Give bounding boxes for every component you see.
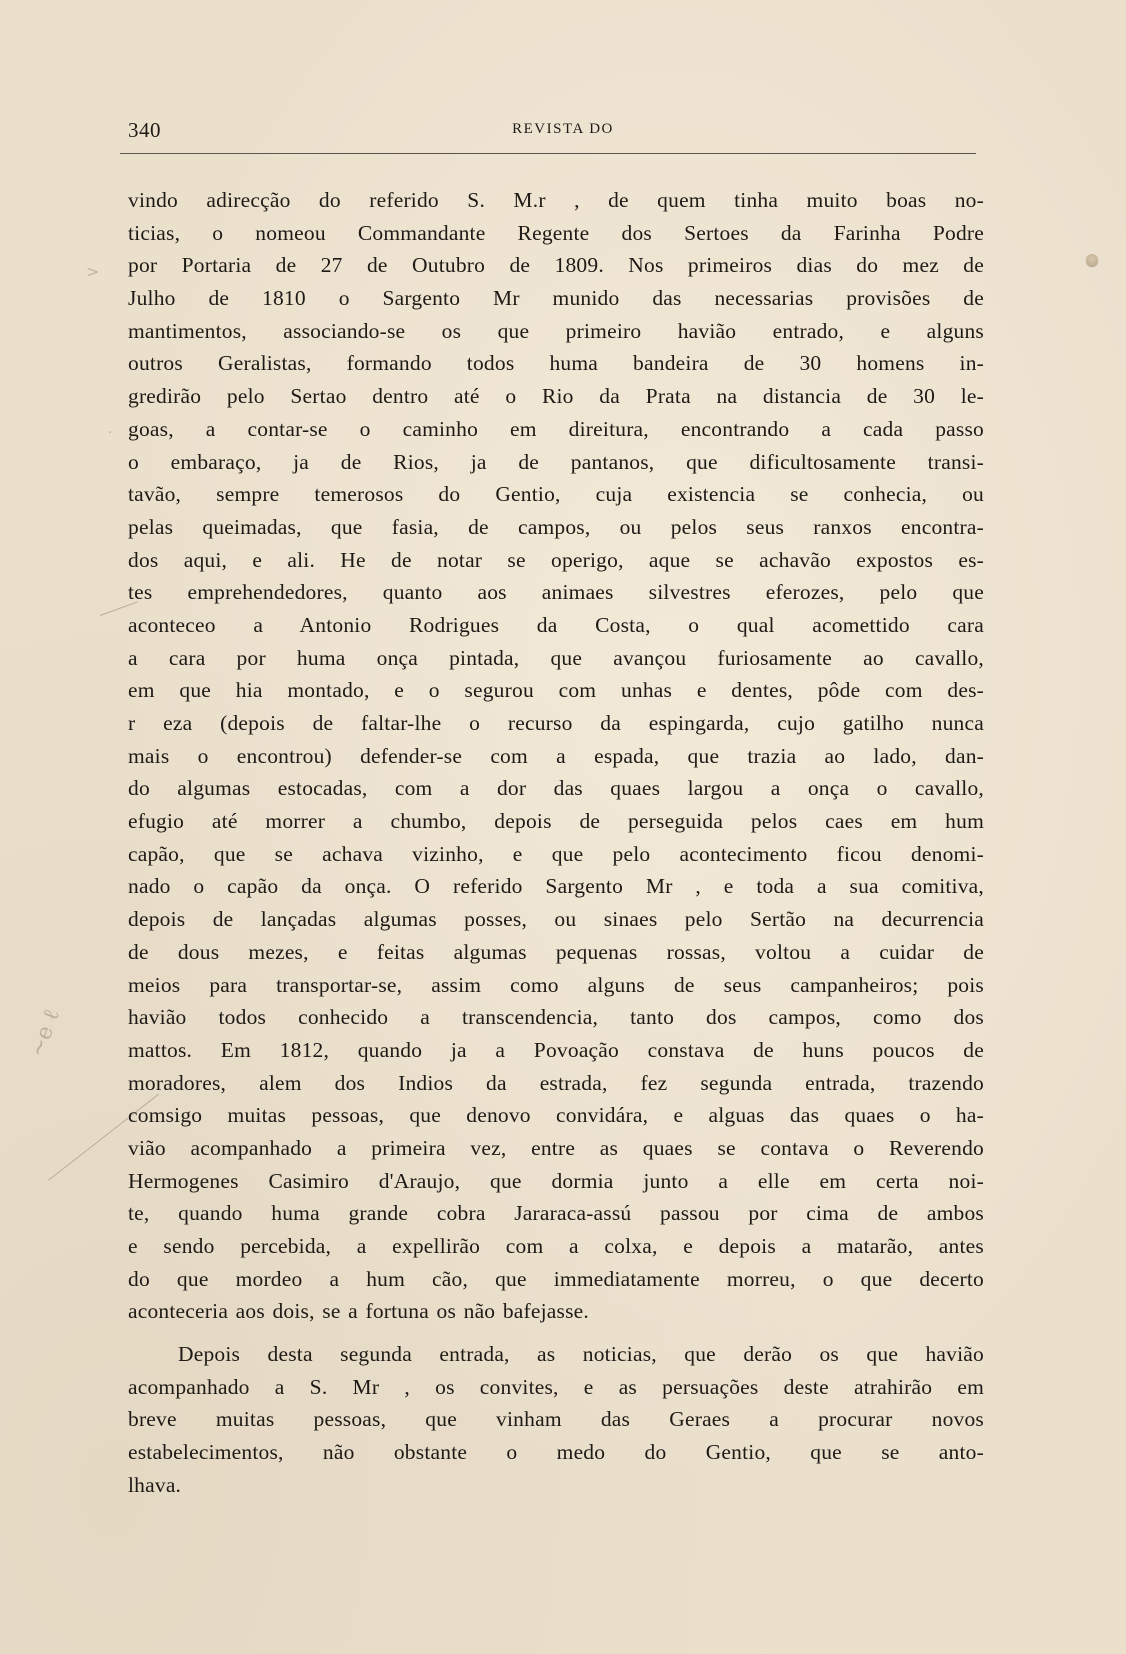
scanned-page: ~e ℓ > · 340 REVISTA DO vindo adirecção … bbox=[0, 0, 1126, 1654]
text-line: estabelecimentos, não obstante o medo do… bbox=[128, 1436, 984, 1469]
text-line: de dous mezes, e feitas algumas pequenas… bbox=[128, 936, 984, 969]
text-line: gredirão pelo Sertao dentro até o Rio da… bbox=[128, 380, 984, 413]
text-line: te, quando huma grande cobra Jararaca-as… bbox=[128, 1197, 984, 1230]
paragraph-gap bbox=[128, 1328, 984, 1338]
text-line: aconteceria aos dois, se a fortuna os nã… bbox=[128, 1295, 984, 1328]
text-line: meios para transportar-se, assim como al… bbox=[128, 969, 984, 1002]
text-line: comsigo muitas pessoas, que denovo convi… bbox=[128, 1099, 984, 1132]
text-line: o embaraço, ja de Rios, ja de pantanos, … bbox=[128, 446, 984, 479]
header-rule bbox=[120, 153, 976, 154]
text-line: pelas queimadas, que fasia, de campos, o… bbox=[128, 511, 984, 544]
text-line: por Portaria de 27 de Outubro de 1809. N… bbox=[128, 249, 984, 282]
paragraph-2: Depois desta segunda entrada, as noticia… bbox=[128, 1338, 984, 1501]
text-line: Hermogenes Casimiro d'Araujo, que dormia… bbox=[128, 1165, 984, 1198]
text-line: depois de lançadas algumas posses, ou si… bbox=[128, 903, 984, 936]
text-line: moradores, alem dos Indios da estrada, f… bbox=[128, 1067, 984, 1100]
text-line: e sendo percebida, a expellirão com a co… bbox=[128, 1230, 984, 1263]
text-line: outros Geralistas, formando todos huma b… bbox=[128, 347, 984, 380]
text-line: r eza (depois de faltar-lhe o recurso da… bbox=[128, 707, 984, 740]
text-line: dos aqui, e ali. He de notar se operigo,… bbox=[128, 544, 984, 577]
text-line: mais o encontrou) defender-se com a espa… bbox=[128, 740, 984, 773]
text-line: do algumas estocadas, com a dor das quae… bbox=[128, 772, 984, 805]
text-line: lhava. bbox=[128, 1469, 984, 1502]
text-line: nado o capão da onça. O referido Sargent… bbox=[128, 870, 984, 903]
text-line: tavão, sempre temerosos do Gentio, cuja … bbox=[128, 478, 984, 511]
text-line: vião acompanhado a primeira vez, entre a… bbox=[128, 1132, 984, 1165]
text-line: capão, que se achava vizinho, e que pelo… bbox=[128, 838, 984, 871]
text-line: Julho de 1810 o Sargento Mr munido das n… bbox=[128, 282, 984, 315]
pencil-scribble: ~e ℓ bbox=[24, 1006, 65, 1061]
text-line: breve muitas pessoas, que vinham das Ger… bbox=[128, 1403, 984, 1436]
text-line: a cara por huma onça pintada, que avanço… bbox=[128, 642, 984, 675]
pencil-arrow-mark: > bbox=[86, 262, 99, 281]
text-line: acompanhado a S. Mr , os convites, e as … bbox=[128, 1371, 984, 1404]
body-text: vindo adirecção do referido S. M.r , de … bbox=[128, 184, 984, 1502]
text-line: ticias, o nomeou Commandante Regente dos… bbox=[128, 217, 984, 250]
running-title: REVISTA DO bbox=[128, 121, 978, 138]
text-line: mattos. Em 1812, quando ja a Povoação co… bbox=[128, 1034, 984, 1067]
text-line: mantimentos, associando-se os que primei… bbox=[128, 315, 984, 348]
text-line: havião todos conhecido a transcendencia,… bbox=[128, 1001, 984, 1034]
text-line: vindo adirecção do referido S. M.r , de … bbox=[128, 184, 984, 217]
text-line: em que hia montado, e o segurou com unha… bbox=[128, 674, 984, 707]
margin-dot: · bbox=[108, 425, 112, 441]
text-line: goas, a contar-se o caminho em direitura… bbox=[128, 413, 984, 446]
paper-hole-mark bbox=[1086, 254, 1098, 266]
text-line: tes emprehendedores, quanto aos animaes … bbox=[128, 576, 984, 609]
text-line: aconteceo a Antonio Rodrigues da Costa, … bbox=[128, 609, 984, 642]
text-line: efugio até morrer a chumbo, depois de pe… bbox=[128, 805, 984, 838]
text-line: Depois desta segunda entrada, as noticia… bbox=[128, 1338, 984, 1371]
text-line: do que mordeo a hum cão, que immediatame… bbox=[128, 1263, 984, 1296]
paragraph-1: vindo adirecção do referido S. M.r , de … bbox=[128, 184, 984, 1328]
page-header: 340 REVISTA DO bbox=[128, 118, 978, 148]
